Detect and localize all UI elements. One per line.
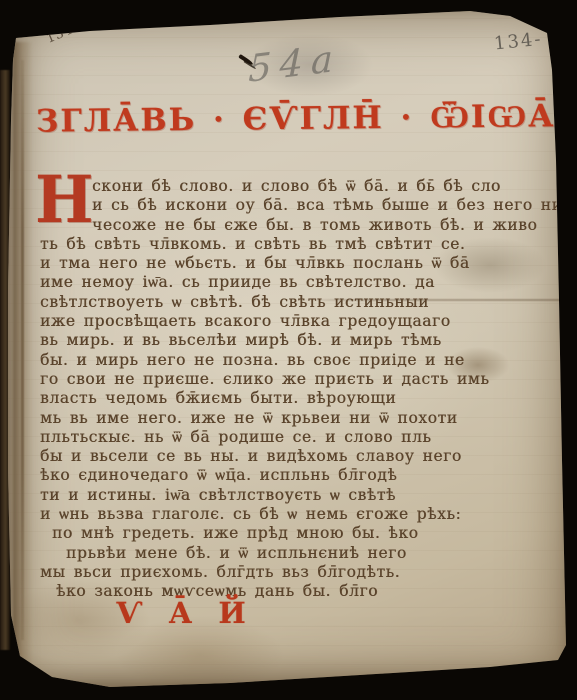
photo-background: 134 54a 134- ЗГЛА̄ВЬ · ЄѴ̄ГЛН̄ · ѾІѠА̄ ·…	[0, 0, 577, 700]
body-line: и сь бѣ искони оу ба̄. вса тѣмь быше и б…	[40, 196, 532, 215]
folio-number-top-right: 134-	[493, 29, 543, 55]
body-line: иже просвѣщаеть всакого чл̄вка гредоущаа…	[40, 312, 532, 331]
body-line: скони бѣ слово. и слово бѣ ѿ ба̄. и бь̄ …	[40, 177, 532, 196]
gutter-crease-line	[21, 60, 24, 640]
body-line: по мнѣ гредеть. иже прѣд мною бы. ѣко	[40, 524, 532, 543]
body-line: власть чедомь бж̄иємь быти. вѣроующи	[40, 389, 532, 408]
manuscript-page: 134 54a 134- ЗГЛА̄ВЬ · ЄѴ̄ГЛН̄ · ѾІѠА̄ ·…	[0, 0, 577, 700]
body-line: вь мирь. и вь вьселѣи мирѣ бѣ. и мирь тѣ…	[40, 331, 532, 350]
chapter-rubric-header: ЗГЛА̄ВЬ · ЄѴ̄ГЛН̄ · ѾІѠА̄ · А̄ ·	[36, 98, 536, 139]
body-line: и тма него не ѡбьєть. и бы чл̄вкь послан…	[40, 254, 532, 273]
body-line: свѣтлствоуеть ѡ свѣтѣ. бѣ свѣть истиньны…	[40, 293, 532, 312]
body-text: скони бѣ слово. и слово бѣ ѿ ба̄. и бь̄ …	[40, 177, 532, 602]
pencil-scribble: 54a	[248, 36, 341, 91]
rubric-footer-mark: Ѵ А̄ Й	[116, 596, 254, 630]
body-line: мы вьси приєхомь. блг̄дть вьз бл̄годѣть.	[40, 563, 532, 582]
body-line: пльтьскыє. нь ѿ ба̄ родише се. и слово п…	[40, 428, 532, 447]
body-line: ть бѣ свѣть чл̄вкомь. и свѣть вь тмѣ свѣ…	[40, 235, 532, 254]
body-line: чесоже не бы єже бы. в томь животь бѣ. и…	[40, 216, 532, 235]
body-line: и ѡнь вьзва глаголє. сь бѣ ѡ немь єгоже …	[40, 505, 532, 524]
body-line: бы и вьсели се вь ны. и видѣхомь славоу …	[40, 447, 532, 466]
body-line: ѣко єдиночедаго ѿ ѡц̄а. испльнь бл̄годѣ	[40, 466, 532, 485]
body-line: ѣко законь мѡѵсеѡмь дань бы. бл̄го	[40, 582, 532, 601]
body-line: прьвѣи мене бѣ. и ѿ испльнєниѣ него	[40, 544, 532, 563]
body-line: бы. и мирь него не позна. вь своє приіде…	[40, 351, 532, 370]
body-line: име немоу іѡ̄а. сь прииде вь свѣтелство.…	[40, 273, 532, 292]
folio-number-top-left: 134	[44, 22, 75, 47]
body-line: го свои не приєше. єлико же приєть и дас…	[40, 370, 532, 389]
body-line: ти и истины. іѡ̄а свѣтлствоуєть ѡ свѣтѣ	[40, 486, 532, 505]
body-line: мь вь име него. иже не ѿ крьвеи ни ѿ пох…	[40, 409, 532, 428]
